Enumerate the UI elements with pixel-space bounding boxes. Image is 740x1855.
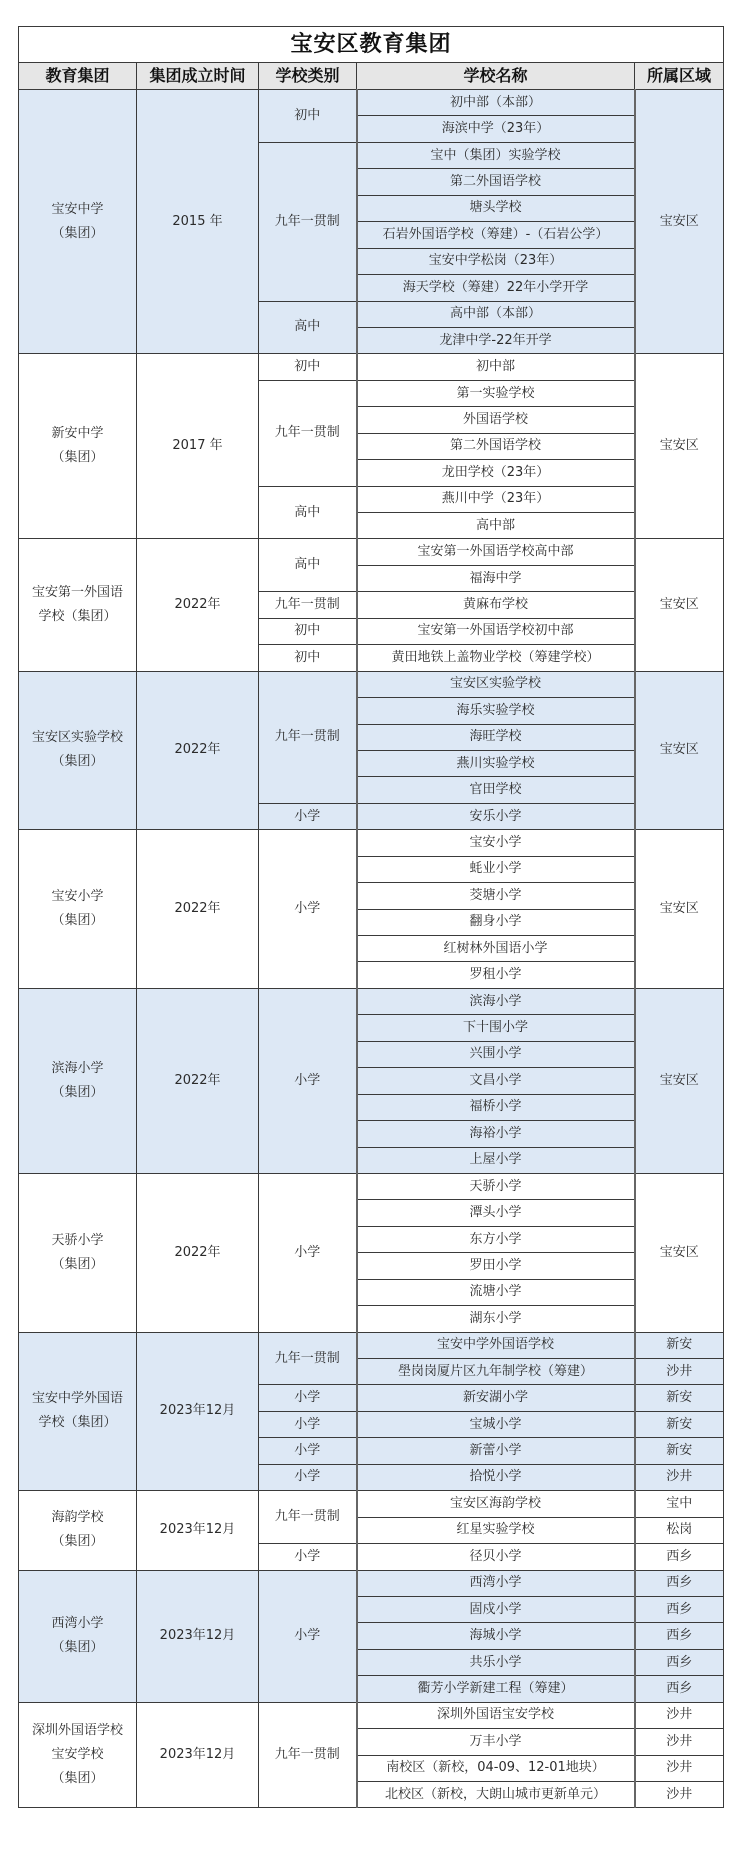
school-name-cell: 西湾小学 [357, 1570, 635, 1596]
founded-cell: 2017 年 [137, 354, 259, 539]
founded-cell: 2022年 [137, 1173, 259, 1332]
school-name-cell: 安乐小学 [357, 803, 635, 829]
school-name-cell: 天骄小学 [357, 1173, 635, 1199]
table-row: 西湾小学 （集团）2023年12月小学西湾小学西乡 [19, 1570, 724, 1596]
school-name-cell: 新蕾小学 [357, 1438, 635, 1464]
region-cell: 宝安区 [635, 1173, 724, 1332]
table-row: 宝安区实验学校 （集团）2022年九年一贯制宝安区实验学校宝安区 [19, 671, 724, 697]
school-name-cell: 上屋小学 [357, 1147, 635, 1173]
group-name-cell: 天骄小学 （集团） [19, 1173, 137, 1332]
region-cell: 新安 [635, 1438, 724, 1464]
school-type-cell: 九年一贯制 [259, 380, 357, 486]
school-type-cell: 小学 [259, 1570, 357, 1702]
school-type-cell: 小学 [259, 1385, 357, 1411]
table-title: 宝安区教育集团 [19, 27, 724, 63]
school-name-cell: 滨海小学 [357, 988, 635, 1014]
school-name-cell: 海乐实验学校 [357, 698, 635, 724]
table-row: 天骄小学 （集团）2022年小学天骄小学宝安区 [19, 1173, 724, 1199]
school-name-cell: 宝城小学 [357, 1411, 635, 1437]
school-name-cell: 南校区（新校，04-09、12-01地块） [357, 1755, 635, 1781]
school-name-cell: 海裕小学 [357, 1121, 635, 1147]
school-name-cell: 宝安区海韵学校 [357, 1491, 635, 1517]
school-name-cell: 初中部 [357, 354, 635, 380]
founded-cell: 2023年12月 [137, 1702, 259, 1808]
group-name-cell: 宝安第一外国语 学校（集团） [19, 539, 137, 671]
school-name-cell: 宝安第一外国语学校初中部 [357, 618, 635, 644]
table-row: 宝安第一外国语 学校（集团）2022年高中宝安第一外国语学校高中部宝安区 [19, 539, 724, 565]
school-name-cell: 宝安中学松岗（23年） [357, 248, 635, 274]
school-type-cell: 高中 [259, 486, 357, 539]
group-name-cell: 西湾小学 （集团） [19, 1570, 137, 1702]
school-name-cell: 宝中（集团）实验学校 [357, 142, 635, 168]
region-cell: 西乡 [635, 1544, 724, 1570]
school-type-cell: 初中 [259, 618, 357, 644]
founded-cell: 2022年 [137, 830, 259, 989]
region-cell: 新安 [635, 1385, 724, 1411]
school-type-cell: 小学 [259, 803, 357, 829]
region-cell: 沙井 [635, 1359, 724, 1385]
region-cell: 新安 [635, 1332, 724, 1358]
region-cell: 西乡 [635, 1596, 724, 1622]
header-region: 所属区域 [635, 63, 724, 90]
table-row: 宝安中学 （集团）2015 年初中初中部（本部）宝安区 [19, 90, 724, 116]
school-name-cell: 罗租小学 [357, 962, 635, 988]
region-cell: 西乡 [635, 1649, 724, 1675]
table-row: 滨海小学 （集团）2022年小学滨海小学宝安区 [19, 988, 724, 1014]
school-name-cell: 初中部（本部） [357, 90, 635, 116]
school-name-cell: 外国语学校 [357, 407, 635, 433]
region-cell: 宝安区 [635, 90, 724, 354]
founded-cell: 2015 年 [137, 90, 259, 354]
education-groups-table: 宝安区教育集团 教育集团 集团成立时间 学校类别 学校名称 所属区域 宝安中学 … [18, 26, 724, 1808]
school-name-cell: 海天学校（筹建）22年小学开学 [357, 275, 635, 301]
school-name-cell: 北校区（新校，大朗山城市更新单元） [357, 1782, 635, 1808]
header-school-name: 学校名称 [357, 63, 635, 90]
school-name-cell: 黄田地铁上盖物业学校（筹建学校） [357, 645, 635, 671]
founded-cell: 2023年12月 [137, 1332, 259, 1491]
school-type-cell: 九年一贯制 [259, 142, 357, 301]
school-name-cell: 第一实验学校 [357, 380, 635, 406]
school-type-cell: 九年一贯制 [259, 671, 357, 803]
school-name-cell: 红星实验学校 [357, 1517, 635, 1543]
school-name-cell: 兴围小学 [357, 1041, 635, 1067]
founded-cell: 2023年12月 [137, 1491, 259, 1570]
school-name-cell: 宝安中学外国语学校 [357, 1332, 635, 1358]
group-name-cell: 宝安小学 （集团） [19, 830, 137, 989]
school-name-cell: 福桥小学 [357, 1094, 635, 1120]
school-name-cell: 文昌小学 [357, 1068, 635, 1094]
school-name-cell: 龙田学校（23年） [357, 460, 635, 486]
school-type-cell: 小学 [259, 988, 357, 1173]
school-name-cell: 湖东小学 [357, 1306, 635, 1332]
school-type-cell: 小学 [259, 830, 357, 989]
school-name-cell: 塘头学校 [357, 195, 635, 221]
founded-cell: 2022年 [137, 671, 259, 830]
region-cell: 沙井 [635, 1729, 724, 1755]
table-row: 新安中学 （集团）2017 年初中初中部宝安区 [19, 354, 724, 380]
school-name-cell: 新安湖小学 [357, 1385, 635, 1411]
header-group: 教育集团 [19, 63, 137, 90]
school-name-cell: 下十围小学 [357, 1015, 635, 1041]
region-cell: 宝安区 [635, 671, 724, 830]
education-groups-table-container: 宝安区教育集团 教育集团 集团成立时间 学校类别 学校名称 所属区域 宝安中学 … [18, 26, 723, 1808]
region-cell: 新安 [635, 1411, 724, 1437]
school-name-cell: 福海中学 [357, 565, 635, 591]
school-type-cell: 九年一贯制 [259, 1332, 357, 1385]
region-cell: 沙井 [635, 1782, 724, 1808]
school-name-cell: 石岩外国语学校（筹建）-（石岩公学） [357, 222, 635, 248]
region-cell: 沙井 [635, 1464, 724, 1490]
school-name-cell: 蚝业小学 [357, 856, 635, 882]
school-name-cell: 龙津中学-22年开学 [357, 327, 635, 353]
founded-cell: 2022年 [137, 988, 259, 1173]
group-name-cell: 新安中学 （集团） [19, 354, 137, 539]
region-cell: 西乡 [635, 1570, 724, 1596]
school-name-cell: 流塘小学 [357, 1279, 635, 1305]
school-name-cell: 黄麻布学校 [357, 592, 635, 618]
group-name-cell: 宝安区实验学校 （集团） [19, 671, 137, 830]
school-name-cell: 高中部 [357, 513, 635, 539]
school-type-cell: 高中 [259, 539, 357, 592]
school-type-cell: 小学 [259, 1173, 357, 1332]
group-name-cell: 宝安中学外国语 学校（集团） [19, 1332, 137, 1491]
school-type-cell: 初中 [259, 645, 357, 671]
school-name-cell: 翻身小学 [357, 909, 635, 935]
school-type-cell: 九年一贯制 [259, 592, 357, 618]
school-name-cell: 万丰小学 [357, 1729, 635, 1755]
school-name-cell: 茭塘小学 [357, 883, 635, 909]
founded-cell: 2023年12月 [137, 1570, 259, 1702]
school-type-cell: 小学 [259, 1464, 357, 1490]
school-name-cell: 红树林外国语小学 [357, 936, 635, 962]
group-name-cell: 深圳外国语学校 宝安学校 （集团） [19, 1702, 137, 1808]
school-name-cell: 高中部（本部） [357, 301, 635, 327]
region-cell: 沙井 [635, 1702, 724, 1728]
school-name-cell: 拾悦小学 [357, 1464, 635, 1490]
school-name-cell: 宝安区实验学校 [357, 671, 635, 697]
school-name-cell: 东方小学 [357, 1226, 635, 1252]
region-cell: 宝安区 [635, 830, 724, 989]
school-name-cell: 燕川实验学校 [357, 750, 635, 776]
region-cell: 松岗 [635, 1517, 724, 1543]
school-type-cell: 初中 [259, 90, 357, 143]
school-type-cell: 小学 [259, 1544, 357, 1570]
region-cell: 宝安区 [635, 988, 724, 1173]
school-name-cell: 海旺学校 [357, 724, 635, 750]
school-type-cell: 九年一贯制 [259, 1702, 357, 1808]
group-name-cell: 海韵学校 （集团） [19, 1491, 137, 1570]
school-type-cell: 九年一贯制 [259, 1491, 357, 1544]
school-name-cell: 衢芳小学新建工程（筹建） [357, 1676, 635, 1702]
school-type-cell: 初中 [259, 354, 357, 380]
school-name-cell: 共乐小学 [357, 1649, 635, 1675]
region-cell: 宝安区 [635, 539, 724, 671]
school-name-cell: 罗田小学 [357, 1253, 635, 1279]
table-row: 海韵学校 （集团）2023年12月九年一贯制宝安区海韵学校宝中 [19, 1491, 724, 1517]
header-founded: 集团成立时间 [137, 63, 259, 90]
school-name-cell: 宝安小学 [357, 830, 635, 856]
school-name-cell: 官田学校 [357, 777, 635, 803]
school-name-cell: 海城小学 [357, 1623, 635, 1649]
region-cell: 西乡 [635, 1623, 724, 1649]
school-name-cell: 固戍小学 [357, 1596, 635, 1622]
school-name-cell: 第二外国语学校 [357, 169, 635, 195]
school-type-cell: 小学 [259, 1411, 357, 1437]
school-name-cell: 壆岗岗厦片区九年制学校（筹建） [357, 1359, 635, 1385]
group-name-cell: 宝安中学 （集团） [19, 90, 137, 354]
region-cell: 沙井 [635, 1755, 724, 1781]
school-type-cell: 高中 [259, 301, 357, 354]
school-name-cell: 深圳外国语宝安学校 [357, 1702, 635, 1728]
header-school-type: 学校类别 [259, 63, 357, 90]
table-row: 宝安中学外国语 学校（集团）2023年12月九年一贯制宝安中学外国语学校新安 [19, 1332, 724, 1358]
table-row: 宝安小学 （集团）2022年小学宝安小学宝安区 [19, 830, 724, 856]
school-name-cell: 第二外国语学校 [357, 433, 635, 459]
region-cell: 宝中 [635, 1491, 724, 1517]
group-name-cell: 滨海小学 （集团） [19, 988, 137, 1173]
school-type-cell: 小学 [259, 1438, 357, 1464]
school-name-cell: 海滨中学（23年） [357, 116, 635, 142]
school-name-cell: 宝安第一外国语学校高中部 [357, 539, 635, 565]
table-row: 深圳外国语学校 宝安学校 （集团）2023年12月九年一贯制深圳外国语宝安学校沙… [19, 1702, 724, 1728]
founded-cell: 2022年 [137, 539, 259, 671]
region-cell: 西乡 [635, 1676, 724, 1702]
table-body: 宝安中学 （集团）2015 年初中初中部（本部）宝安区海滨中学（23年）九年一贯… [19, 90, 724, 1808]
school-name-cell: 燕川中学（23年） [357, 486, 635, 512]
school-name-cell: 径贝小学 [357, 1544, 635, 1570]
school-name-cell: 潭头小学 [357, 1200, 635, 1226]
region-cell: 宝安区 [635, 354, 724, 539]
